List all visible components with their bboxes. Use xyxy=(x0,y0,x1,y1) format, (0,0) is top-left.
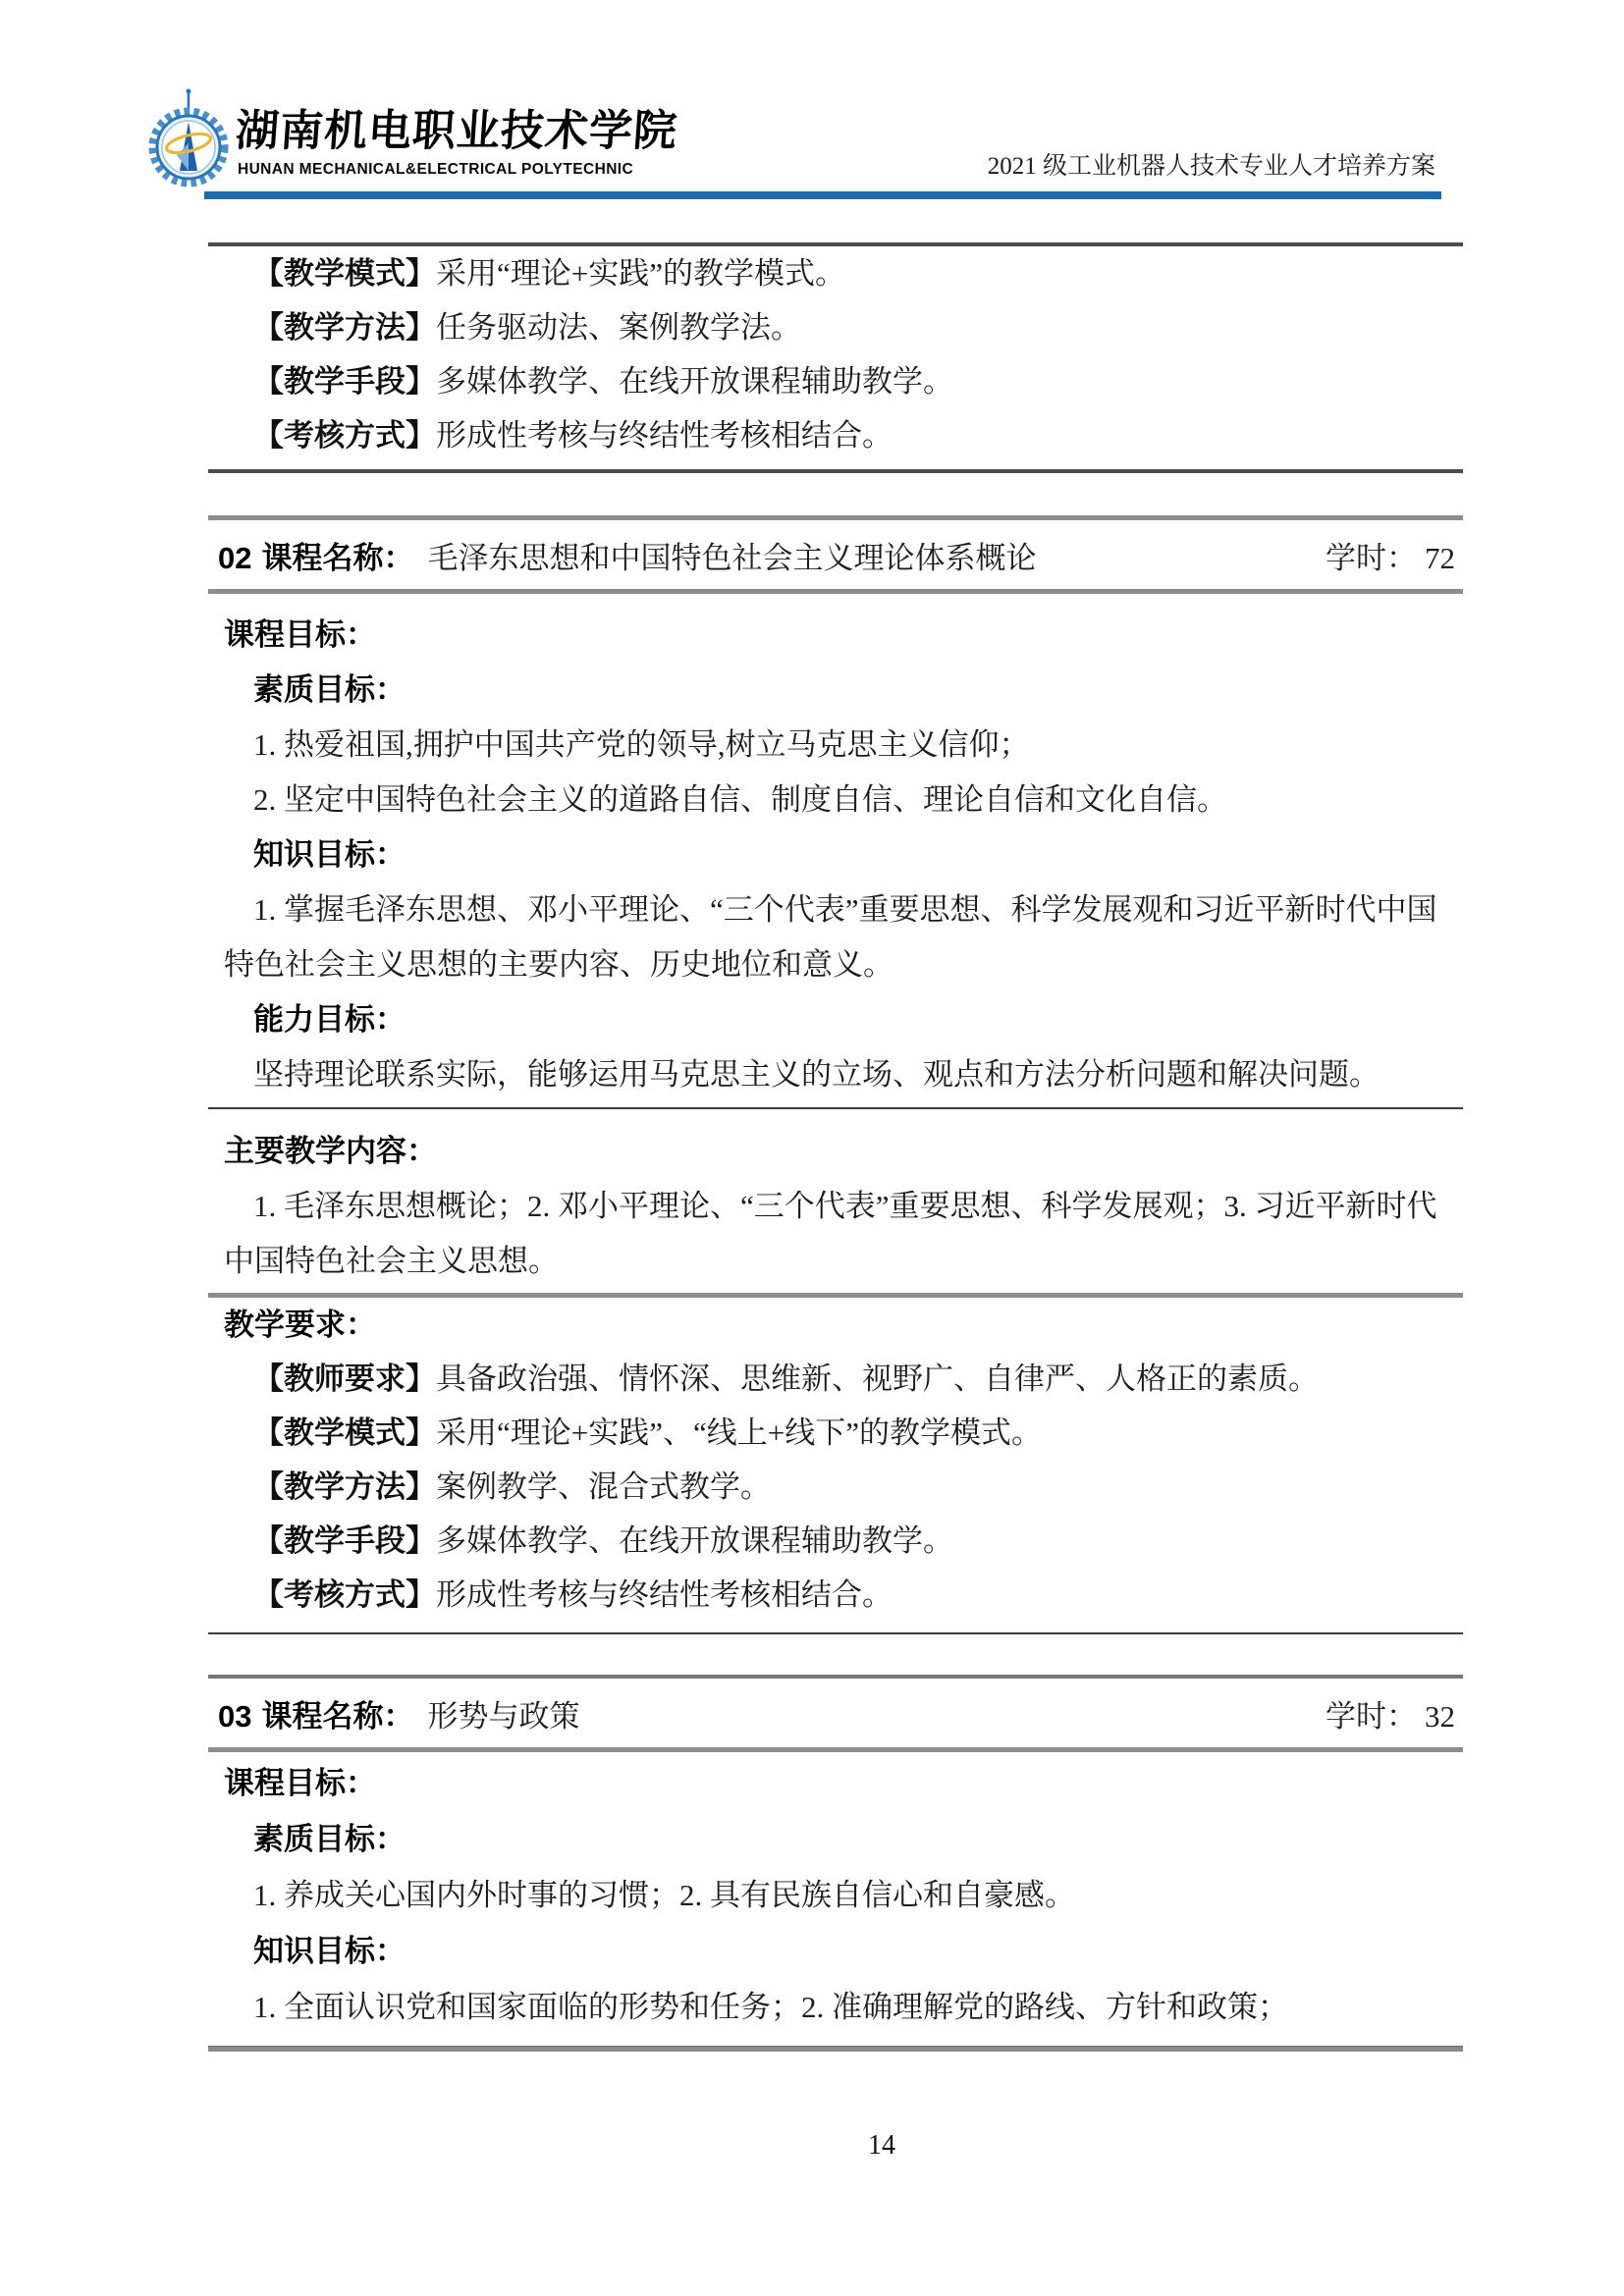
course02-knowledge-text-line1: 1. 掌握毛泽东思想、邓小平理论、“三个代表”重要思想、科学发展观和习近平新时代… xyxy=(208,882,1463,937)
course02-teacher-requirement-line: 【教师要求】具备政治强、情怀深、思维新、视野广、自律严、人格正的素质。 xyxy=(208,1352,1463,1406)
course02-teaching-mode-line: 【教学模式】采用“理论+实践”、“线上+线下”的教学模式。 xyxy=(208,1406,1463,1460)
course03-quality-text: 1. 养成关心国内外时事的习惯；2. 具有民族自信心和自豪感。 xyxy=(208,1867,1463,1923)
course02-header-row: 02课程名称：毛泽东思想和中国特色社会主义理论体系概论 学时：72 xyxy=(208,520,1463,589)
course02-knowledge-heading: 知识目标： xyxy=(208,828,1463,882)
course02-teaching-means-label: 【教学手段】 xyxy=(253,1523,436,1558)
assessment-line: 【考核方式】形成性考核与终结性考核相结合。 xyxy=(208,408,1463,462)
course02-name: 毛泽东思想和中国特色社会主义理论体系概论 xyxy=(427,541,1036,575)
course03-hours-value: 32 xyxy=(1425,1699,1455,1734)
course02-name-label: 课程名称： xyxy=(261,541,413,575)
course03-knowledge-text: 1. 全面认识党和国家面临的形势和任务；2. 准确理解党的路线、方针和政策； xyxy=(208,1979,1463,2035)
course02-content-divider xyxy=(208,1107,1463,1109)
course02-quality-heading: 素质目标： xyxy=(208,663,1463,718)
course02-content-line2: 中国特色社会主义思想。 xyxy=(208,1234,1463,1289)
course03-goal-heading: 课程目标： xyxy=(208,1755,1463,1811)
course03-header-row: 03课程名称：形势与政策 学时：32 xyxy=(208,1679,1463,1747)
course02-quality-item-1: 1. 热爱祖国,拥护中国共产党的领导,树立马克思主义信仰； xyxy=(208,718,1463,773)
teaching-mode-text: 采用“理论+实践”的教学模式。 xyxy=(436,256,845,291)
course03-hours-label: 学时： xyxy=(1326,1699,1417,1734)
course02-content-heading: 主要教学内容： xyxy=(208,1124,1463,1179)
course02-knowledge-text-line2: 特色社会主义思想的主要内容、历史地位和意义。 xyxy=(208,937,1463,992)
course02-number: 02 xyxy=(218,541,251,575)
document-body: 【教学模式】采用“理论+实践”的教学模式。 【教学方法】任务驱动法、案例教学法。… xyxy=(208,0,1463,2052)
teaching-method-label: 【教学方法】 xyxy=(253,310,436,345)
teaching-mode-line: 【教学模式】采用“理论+实践”的教学模式。 xyxy=(208,246,1463,300)
course02-hours-value: 72 xyxy=(1425,541,1455,575)
teaching-method-line: 【教学方法】任务驱动法、案例教学法。 xyxy=(208,300,1463,354)
teaching-means-line: 【教学手段】多媒体教学、在线开放课程辅助教学。 xyxy=(208,354,1463,408)
course02-teaching-method-line: 【教学方法】案例教学、混合式教学。 xyxy=(208,1460,1463,1514)
course02-ability-heading: 能力目标： xyxy=(208,992,1463,1047)
course03-number: 03 xyxy=(218,1699,251,1734)
course02-content-line1: 1. 毛泽东思想概论；2. 邓小平理论、“三个代表”重要思想、科学发展观；3. … xyxy=(208,1179,1463,1234)
teaching-mode-label: 【教学模式】 xyxy=(253,256,436,291)
course02-title-group: 02课程名称：毛泽东思想和中国特色社会主义理论体系概论 xyxy=(218,533,1036,577)
course03-name: 形势与政策 xyxy=(427,1699,579,1734)
course02-goal-heading: 课程目标： xyxy=(208,608,1463,663)
course02-assessment-line: 【考核方式】形成性考核与终结性考核相结合。 xyxy=(208,1568,1463,1622)
course02-hours: 学时：72 xyxy=(1326,533,1455,577)
teaching-means-label: 【教学手段】 xyxy=(253,364,436,399)
teacher-requirement-label: 【教师要求】 xyxy=(253,1362,436,1396)
course03-hours: 学时：32 xyxy=(1326,1691,1455,1735)
course02-teaching-mode-text: 采用“理论+实践”、“线上+线下”的教学模式。 xyxy=(436,1415,1042,1450)
course02-quality-item-2: 2. 坚定中国特色社会主义的道路自信、制度自信、理论自信和文化自信。 xyxy=(208,773,1463,828)
course02-teaching-method-text: 案例教学、混合式教学。 xyxy=(436,1469,771,1504)
course02-requirement-heading: 教学要求： xyxy=(208,1298,1463,1352)
course03-knowledge-heading: 知识目标： xyxy=(208,1923,1463,1979)
course02-teaching-mode-label: 【教学模式】 xyxy=(253,1415,436,1450)
teacher-requirement-text: 具备政治强、情怀深、思维新、视野广、自律严、人格正的素质。 xyxy=(436,1362,1319,1396)
course03-title-group: 03课程名称：形势与政策 xyxy=(218,1691,579,1735)
course03-header-bottom-rule xyxy=(208,1747,1463,1752)
course02-ability-text: 坚持理论联系实际，能够运用马克思主义的立场、观点和方法分析问题和解决问题。 xyxy=(208,1047,1463,1102)
course02-bottom-rule xyxy=(208,1632,1463,1634)
page-bottom-rule xyxy=(208,2046,1463,2052)
course03-name-label: 课程名称： xyxy=(261,1699,413,1734)
document-page: 湖南机电职业技术学院 HUNAN MECHANICAL&ELECTRICAL P… xyxy=(0,0,1624,2296)
assessment-text: 形成性考核与终结性考核相结合。 xyxy=(436,418,893,453)
course02-assessment-text: 形成性考核与终结性考核相结合。 xyxy=(436,1577,893,1612)
section-divider-double xyxy=(208,469,1463,473)
course02-hours-label: 学时： xyxy=(1326,541,1417,575)
course02-teaching-means-text: 多媒体教学、在线开放课程辅助教学。 xyxy=(436,1523,953,1558)
page-number: 14 xyxy=(868,2130,895,2162)
course02-teaching-means-line: 【教学手段】多媒体教学、在线开放课程辅助教学。 xyxy=(208,1514,1463,1568)
assessment-label: 【考核方式】 xyxy=(253,418,436,453)
teaching-means-text: 多媒体教学、在线开放课程辅助教学。 xyxy=(436,364,953,399)
teaching-method-text: 任务驱动法、案例教学法。 xyxy=(436,310,801,345)
course03-quality-heading: 素质目标： xyxy=(208,1811,1463,1867)
course02-assessment-label: 【考核方式】 xyxy=(253,1577,436,1612)
course02-teaching-method-label: 【教学方法】 xyxy=(253,1469,436,1504)
course02-header-bottom-rule xyxy=(208,589,1463,594)
